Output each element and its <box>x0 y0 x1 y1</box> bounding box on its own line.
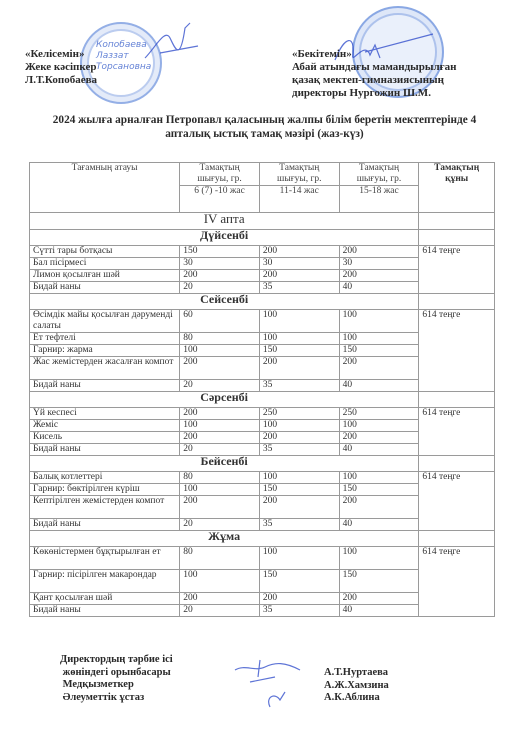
yield-age-1: 200 <box>180 593 260 605</box>
footer-role: жөніндегі орынбасары <box>60 667 173 680</box>
yield-age-3: 200 <box>339 496 419 519</box>
day-name: Дүйсенбі <box>30 230 419 246</box>
yield-age-2: 150 <box>259 570 339 593</box>
header-yield-1: Тамақтың шығуы, гр. <box>180 163 260 186</box>
day-price-empty <box>419 294 495 310</box>
dish-name: Көкөністермен бұқтырылған ет <box>30 547 180 570</box>
table-row: Көкөністермен бұқтырылған ет80100100614 … <box>30 547 495 570</box>
yield-age-2: 200 <box>259 357 339 380</box>
header-dish-name: Тағамның атауы <box>30 163 180 213</box>
dish-name: Гарнир: пісірілген макарондар <box>30 570 180 593</box>
yield-age-1: 200 <box>180 496 260 519</box>
approval-left-person: Л.Т.Копобаева <box>25 74 97 87</box>
dish-name: Жас жемістерден жасалған компот <box>30 357 180 380</box>
header-yield-2: Тамақтың шығуы, гр. <box>259 163 339 186</box>
footer-roles: Директордың тәрбие ісі жөніндегі орынбас… <box>60 654 173 704</box>
week-row: IV апта <box>30 213 495 230</box>
dish-name: Бидай наны <box>30 444 180 456</box>
day-name: Сәрсенбі <box>30 392 419 408</box>
table-row: Өсімдік майы қосылған дәруменді салаты60… <box>30 310 495 333</box>
yield-age-3: 40 <box>339 282 419 294</box>
day-price-empty <box>419 230 495 246</box>
title-line-1: 2024 жылға арналған Петропавл қаласының … <box>20 113 509 127</box>
yield-age-1: 80 <box>180 333 260 345</box>
day-price: 614 теңге <box>419 408 495 456</box>
dish-name: Бидай наны <box>30 380 180 392</box>
dish-name: Лимон қосылған шәй <box>30 270 180 282</box>
dish-name: Қант қосылған шәй <box>30 593 180 605</box>
yield-age-2: 30 <box>259 258 339 270</box>
approval-right-person: директоры Нургожин Ш.М. <box>292 87 456 100</box>
table-row: Сүтті тары ботқасы150200200614 теңге <box>30 246 495 258</box>
day-row: Сейсенбі <box>30 294 495 310</box>
yield-age-2: 35 <box>259 519 339 531</box>
day-price: 614 теңге <box>419 310 495 392</box>
week-label: IV апта <box>30 213 419 230</box>
yield-age-3: 100 <box>339 472 419 484</box>
yield-age-1: 60 <box>180 310 260 333</box>
yield-age-3: 40 <box>339 605 419 617</box>
table-row: Үй кеспесі200250250614 теңге <box>30 408 495 420</box>
day-row: Жұма <box>30 531 495 547</box>
yield-age-2: 100 <box>259 333 339 345</box>
dish-name: Бидай наны <box>30 605 180 617</box>
menu-table: Тағамның атауы Тамақтың шығуы, гр. Тамақ… <box>29 162 495 617</box>
yield-age-2: 250 <box>259 408 339 420</box>
table-row: Балық котлеттері80100100614 теңге <box>30 472 495 484</box>
yield-age-3: 100 <box>339 333 419 345</box>
yield-age-2: 35 <box>259 380 339 392</box>
yield-age-1: 80 <box>180 472 260 484</box>
yield-age-2: 150 <box>259 484 339 496</box>
yield-age-2: 200 <box>259 270 339 282</box>
day-price-empty <box>419 456 495 472</box>
yield-age-1: 150 <box>180 246 260 258</box>
footer-name: А.Ж.Хамзина <box>324 680 389 693</box>
yield-age-1: 80 <box>180 547 260 570</box>
day-row: Сәрсенбі <box>30 392 495 408</box>
dish-name: Бидай наны <box>30 282 180 294</box>
yield-age-2: 100 <box>259 420 339 432</box>
yield-age-1: 20 <box>180 605 260 617</box>
footer-name: А.Т.Нуртаева <box>324 667 389 680</box>
footer-role: Әлеуметтік ұстаз <box>60 692 173 705</box>
yield-age-2: 200 <box>259 432 339 444</box>
dish-name: Кептірілген жемістерден компот <box>30 496 180 519</box>
approval-left-label: «Келісемін» <box>25 48 97 61</box>
yield-age-1: 100 <box>180 345 260 357</box>
week-price-empty <box>419 213 495 230</box>
dish-name: Өсімдік майы қосылған дәруменді салаты <box>30 310 180 333</box>
dish-name: Жеміс <box>30 420 180 432</box>
yield-age-3: 100 <box>339 310 419 333</box>
day-name: Жұма <box>30 531 419 547</box>
approval-right-org: Абай атындағы мамандырылған <box>292 61 456 74</box>
day-row: Дүйсенбі <box>30 230 495 246</box>
yield-age-3: 150 <box>339 570 419 593</box>
yield-age-1: 200 <box>180 270 260 282</box>
dish-name: Ет тефтелі <box>30 333 180 345</box>
yield-age-3: 40 <box>339 519 419 531</box>
yield-age-1: 200 <box>180 408 260 420</box>
yield-age-3: 200 <box>339 593 419 605</box>
day-price: 614 теңге <box>419 472 495 531</box>
yield-age-3: 40 <box>339 444 419 456</box>
yield-age-1: 30 <box>180 258 260 270</box>
yield-age-2: 100 <box>259 310 339 333</box>
day-price: 614 теңге <box>419 547 495 617</box>
day-price: 614 теңге <box>419 246 495 294</box>
yield-age-2: 35 <box>259 444 339 456</box>
yield-age-2: 200 <box>259 496 339 519</box>
yield-age-3: 100 <box>339 547 419 570</box>
footer-role: Медқызметкер <box>60 679 173 692</box>
dish-name: Гарнир: бөктірілген күріш <box>30 484 180 496</box>
yield-age-3: 250 <box>339 408 419 420</box>
dish-name: Үй кеспесі <box>30 408 180 420</box>
document-title: 2024 жылға арналған Петропавл қаласының … <box>20 113 509 141</box>
header-age-3: 15-18 жас <box>339 186 419 213</box>
yield-age-2: 100 <box>259 547 339 570</box>
approval-right-org2: қазақ мектеп-гимназиясының <box>292 74 456 87</box>
yield-age-3: 150 <box>339 345 419 357</box>
footer-role: Директордың тәрбие ісі <box>60 654 173 667</box>
yield-age-1: 100 <box>180 484 260 496</box>
header-price: Тамақтың құны <box>419 163 495 213</box>
yield-age-3: 200 <box>339 270 419 282</box>
dish-name: Балық котлеттері <box>30 472 180 484</box>
dish-name: Сүтті тары ботқасы <box>30 246 180 258</box>
yield-age-1: 200 <box>180 432 260 444</box>
approval-left: «Келісемін» Жеке кәсіпкер Л.Т.Копобаева <box>25 48 97 87</box>
yield-age-1: 100 <box>180 420 260 432</box>
title-line-2: апталық ыстық тамақ мәзірі (жаз-күз) <box>20 127 509 141</box>
day-price-empty <box>419 531 495 547</box>
signature-left-icon <box>140 18 200 68</box>
yield-age-2: 35 <box>259 605 339 617</box>
footer-name: А.К.Аблина <box>324 692 389 705</box>
day-name: Бейсенбі <box>30 456 419 472</box>
yield-age-1: 100 <box>180 570 260 593</box>
yield-age-3: 40 <box>339 380 419 392</box>
header-age-1: 6 (7) -10 жас <box>180 186 260 213</box>
dish-name: Бал пісірмесі <box>30 258 180 270</box>
day-row: Бейсенбі <box>30 456 495 472</box>
yield-age-2: 200 <box>259 593 339 605</box>
yield-age-3: 200 <box>339 246 419 258</box>
dish-name: Гарнир: жарма <box>30 345 180 357</box>
yield-age-1: 200 <box>180 357 260 380</box>
yield-age-2: 35 <box>259 282 339 294</box>
header-age-2: 11-14 жас <box>259 186 339 213</box>
approval-right-label: «Бекітемін» <box>292 48 456 61</box>
menu-body: IV апта ДүйсенбіСүтті тары ботқасы150200… <box>30 213 495 617</box>
yield-age-2: 100 <box>259 472 339 484</box>
yield-age-3: 150 <box>339 484 419 496</box>
approval-right: «Бекітемін» Абай атындағы мамандырылған … <box>292 48 456 100</box>
footer-names: А.Т.Нуртаева А.Ж.Хамзина А.К.Аблина <box>324 667 389 705</box>
day-price-empty <box>419 392 495 408</box>
yield-age-3: 200 <box>339 432 419 444</box>
dish-name: Кисель <box>30 432 180 444</box>
day-name: Сейсенбі <box>30 294 419 310</box>
footer-signatures-icon <box>230 652 310 712</box>
yield-age-2: 150 <box>259 345 339 357</box>
dish-name: Бидай наны <box>30 519 180 531</box>
yield-age-2: 200 <box>259 246 339 258</box>
yield-age-3: 100 <box>339 420 419 432</box>
yield-age-3: 30 <box>339 258 419 270</box>
yield-age-3: 200 <box>339 357 419 380</box>
header-yield-3: Тамақтың шығуы, гр. <box>339 163 419 186</box>
approval-left-position: Жеке кәсіпкер <box>25 61 97 74</box>
